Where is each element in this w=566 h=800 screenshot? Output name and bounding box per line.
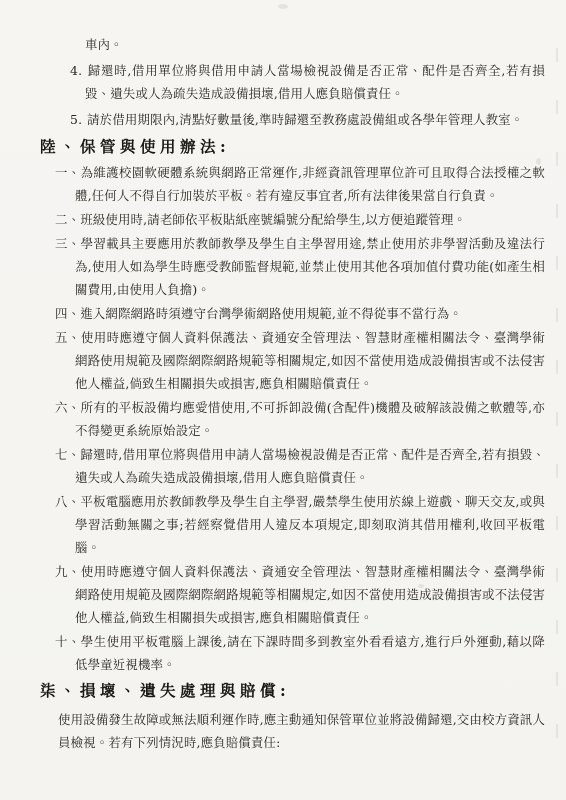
- list-item: 九、使用時應遵守個人資料保護法、資通安全管理法、智慧財產權相關法令、臺灣學術網路…: [40, 560, 545, 629]
- section-title: 柒、損壞、遺失處理與賠償:: [40, 678, 545, 704]
- item-text: 平板電腦應用於教師教學及學生自主學習,嚴禁學生使用於線上遊戲、聊天交友,或與學習…: [75, 494, 545, 555]
- scan-edge-artifact: [556, 48, 558, 764]
- list-item: 十、學生使用平板電腦上課後,請在下課時間多到教室外看看遠方,進行戶外運動,藉以降…: [40, 630, 545, 676]
- list-item: 七、歸還時,借用單位將與借用申請人當場檢視設備是否正常、配件是否齊全,若有損毀、…: [40, 443, 545, 489]
- item-text: 為維護校園軟硬體系統與網路正常運作,非經資訊管理單位許可且取得合法授權之軟體,任…: [75, 165, 545, 203]
- item-text: 所有的平板設備均應愛惜使用,不可拆卸設備(含配件)機體及破解該設備之軟體等,亦不…: [75, 400, 545, 438]
- item-text: 請於借用期限內,清點好數量後,準時歸還至教務處設備組或各學年管理人教室。: [87, 112, 523, 127]
- list-item: 二、班級使用時,請老師依平板貼紙座號編號分配給學生,以方便追蹤管理。: [40, 208, 545, 231]
- item-text: 學習載具主要應用於教師教學及學生自主學習用途,禁止使用於非學習活動及違法行為,使…: [75, 236, 545, 297]
- item-number: 七、: [55, 447, 80, 462]
- item-number: 5.: [70, 112, 87, 127]
- item-text: 使用時應遵守個人資料保護法、資通安全管理法、智慧財產權相關法令、臺灣學術網路使用…: [75, 564, 545, 625]
- item-number: 四、: [55, 306, 80, 321]
- scan-smudge: [278, 4, 288, 9]
- item-text: 使用時應遵守個人資料保護法、資通安全管理法、智慧財產權相關法令、臺灣學術網路使用…: [75, 330, 545, 391]
- list-item: 六、所有的平板設備均應愛惜使用,不可拆卸設備(含配件)機體及破解該設備之軟體等,…: [40, 396, 545, 442]
- item-number: 八、: [55, 494, 80, 509]
- item-text: 歸還時,借用單位將與借用申請人當場檢視設備是否正常、配件是否齊全,若有損毀、遺失…: [85, 63, 545, 101]
- list-item: 五、使用時應遵守個人資料保護法、資通安全管理法、智慧財產權相關法令、臺灣學術網路…: [40, 326, 545, 395]
- item-number: 二、: [55, 212, 80, 227]
- item-number: 五、: [55, 330, 81, 345]
- list-item: 八、平板電腦應用於教師教學及學生自主學習,嚴禁學生使用於線上遊戲、聊天交友,或與…: [40, 490, 545, 559]
- item-text: 歸還時,借用單位將與借用申請人當場檢視設備是否正常、配件是否齊全,若有損毀、遺失…: [75, 447, 545, 485]
- item-number: 六、: [55, 400, 80, 415]
- list-item: 5.請於借用期限內,清點好數量後,準時歸還至教務處設備組或各學年管理人教室。: [40, 108, 545, 131]
- carryover-line: 車內。: [85, 33, 545, 56]
- item-text: 進入網際網路時須遵守台灣學術網路使用規範,並不得從事不當行為。: [80, 306, 462, 321]
- scanned-document-page: 車內。 4.歸還時,借用單位將與借用申請人當場檢視設備是否正常、配件是否齊全,若…: [0, 0, 566, 800]
- list-item: 一、為維護校園軟硬體系統與網路正常運作,非經資訊管理單位許可且取得合法授權之軟體…: [40, 161, 545, 207]
- item-number: 4.: [70, 63, 87, 78]
- item-number: 十、: [55, 634, 81, 649]
- list-item: 三、學習載具主要應用於教師教學及學生自主學習用途,禁止使用於非學習活動及違法行為…: [40, 232, 545, 301]
- item-number: 一、: [55, 165, 81, 180]
- document-content: 車內。 4.歸還時,借用單位將與借用申請人當場檢視設備是否正常、配件是否齊全,若…: [40, 33, 545, 754]
- item-text: 學生使用平板電腦上課後,請在下課時間多到教室外看看遠方,進行戶外運動,藉以降低學…: [75, 634, 545, 672]
- list-item: 四、進入網際網路時須遵守台灣學術網路使用規範,並不得從事不當行為。: [40, 302, 545, 325]
- item-text: 班級使用時,請老師依平板貼紙座號編號分配給學生,以方便追蹤管理。: [80, 212, 466, 227]
- item-number: 三、: [55, 236, 81, 251]
- list-item: 4.歸還時,借用單位將與借用申請人當場檢視設備是否正常、配件是否齊全,若有損毀、…: [40, 59, 545, 105]
- item-number: 九、: [55, 564, 81, 579]
- section-title: 陸、保管與使用辦法:: [40, 134, 545, 160]
- paragraph: 使用設備發生故障或無法順利運作時,應主動通知保管單位並將設備歸還,交由校方資訊人…: [58, 708, 545, 754]
